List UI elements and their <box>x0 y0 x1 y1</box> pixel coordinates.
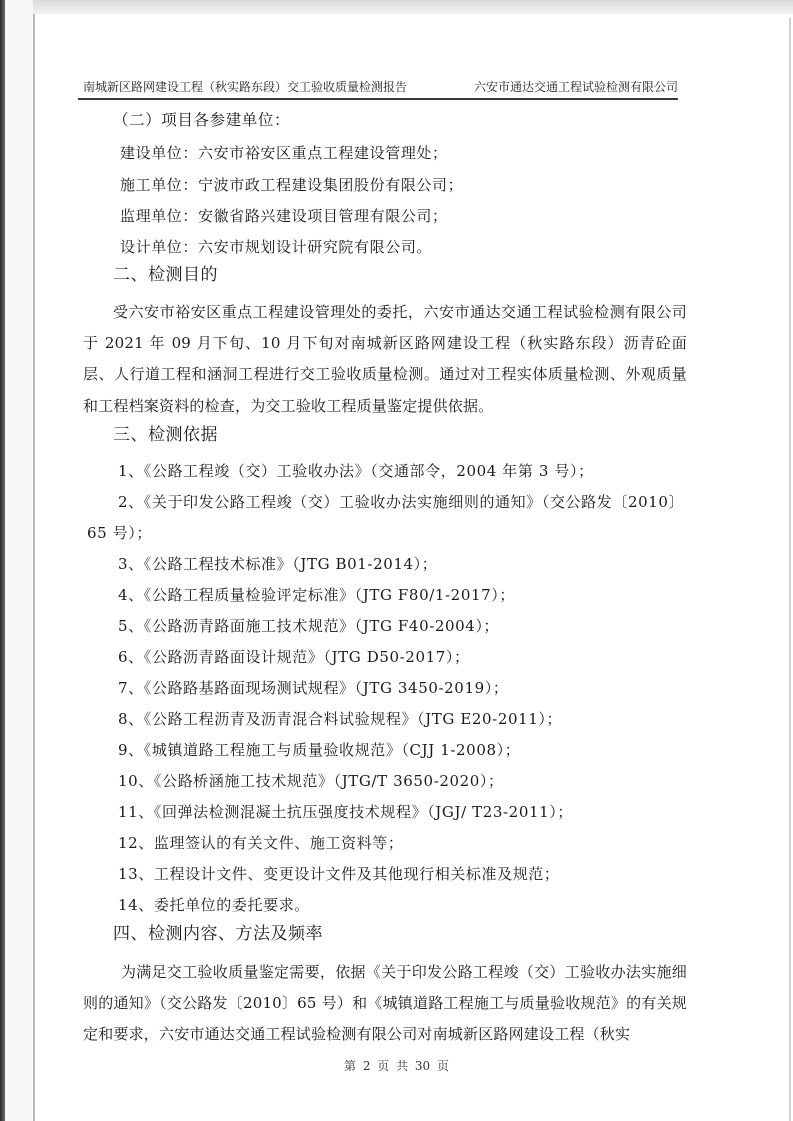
basis-item: 13、工程设计文件、变更设计文件及其他现行相关标准及规范； <box>118 864 560 884</box>
participant-value: 六安市规划设计研究院有限公司。 <box>198 238 432 256</box>
participant-label: 监理单位： <box>120 207 198 225</box>
basis-item: 12、监理签认的有关文件、施工资料等； <box>118 833 404 853</box>
scan-left-margin <box>5 0 33 1121</box>
participant-label: 设计单位： <box>120 238 198 256</box>
basis-item: 4、《公路工程质量检验评定标准》（JTG F80/1-2017）； <box>118 585 515 605</box>
participant-value: 安徽省路兴建设项目管理有限公司； <box>198 207 448 225</box>
page-header: 南城新区路网建设工程（秋实路东段）交工验收质量检测报告 六安市通达交通工程试验检… <box>78 78 678 100</box>
participant-value: 六安市裕安区重点工程建设管理处； <box>198 144 448 162</box>
scan-left-fold-line <box>33 14 35 1121</box>
participant-row: 设计单位：六安市规划设计研究院有限公司。 <box>120 237 432 257</box>
participant-row: 施工单位：宁波市政工程建设集团股份有限公司； <box>120 175 463 195</box>
basis-item: 14、委托单位的委托要求。 <box>118 895 310 915</box>
purpose-paragraph: 受六安市裕安区重点工程建设管理处的委托，六安市通达交通工程试验检测有限公司于 2… <box>83 297 687 422</box>
participant-row: 建设单位：六安市裕安区重点工程建设管理处； <box>120 143 448 163</box>
company-name: 六安市通达交通工程试验检测有限公司 <box>474 78 678 96</box>
page-number-footer: 第 2 页 共 30 页 <box>0 1057 793 1074</box>
basis-item: 7、《公路路基路面现场测试规程》（JTG 3450-2019）； <box>118 678 508 698</box>
scan-top-shadow <box>0 0 793 14</box>
participants-heading: （二）项目各参建单位： <box>113 110 290 130</box>
basis-item: 5、《公路沥青路面施工技术规范》（JTG F40-2004）； <box>118 616 499 636</box>
participant-label: 建设单位： <box>120 144 198 162</box>
section-heading-purpose: 二、检测目的 <box>113 265 218 285</box>
basis-item-continued: 65 号）； <box>87 523 152 543</box>
basis-item: 9、《城镇道路工程施工与质量验收规范》（CJJ 1-2008）； <box>118 740 520 760</box>
basis-item: 3、《公路工程技术标准》（JTG B01-2014）； <box>118 554 437 574</box>
basis-item: 2、《关于印发公路工程竣（交）工验收办法实施细则的通知》（交公路发〔2010〕 <box>118 492 684 512</box>
basis-item: 10、《公路桥涵施工技术规范》（JTG/T 3650-2020）； <box>118 771 504 791</box>
section-heading-content-method: 四、检测内容、方法及频率 <box>113 924 323 944</box>
basis-item: 6、《公路沥青路面设计规范》（JTG D50-2017）； <box>118 647 470 667</box>
basis-item: 8、《公路工程沥青及沥青混合料试验规程》（JTG E20-2011）； <box>118 709 562 729</box>
participant-value: 宁波市政工程建设集团股份有限公司； <box>198 176 463 194</box>
basis-item: 1、《公路工程竣（交）工验收办法》（交通部令，2004 年第 3 号）； <box>118 461 594 481</box>
report-title: 南城新区路网建设工程（秋实路东段）交工验收质量检测报告 <box>83 78 407 96</box>
basis-item: 11、《回弹法检测混凝土抗压强度技术规程》（JGJ/ T23-2011）； <box>118 802 573 822</box>
content-method-paragraph: 为满足交工验收质量鉴定需要，依据《关于印发公路工程竣（交）工验收办法实施细则的通… <box>83 957 687 1051</box>
scan-right-edge <box>789 18 791 1121</box>
section-heading-basis: 三、检测依据 <box>113 425 218 445</box>
participant-row: 监理单位：安徽省路兴建设项目管理有限公司； <box>120 206 448 226</box>
participant-label: 施工单位： <box>120 176 198 194</box>
